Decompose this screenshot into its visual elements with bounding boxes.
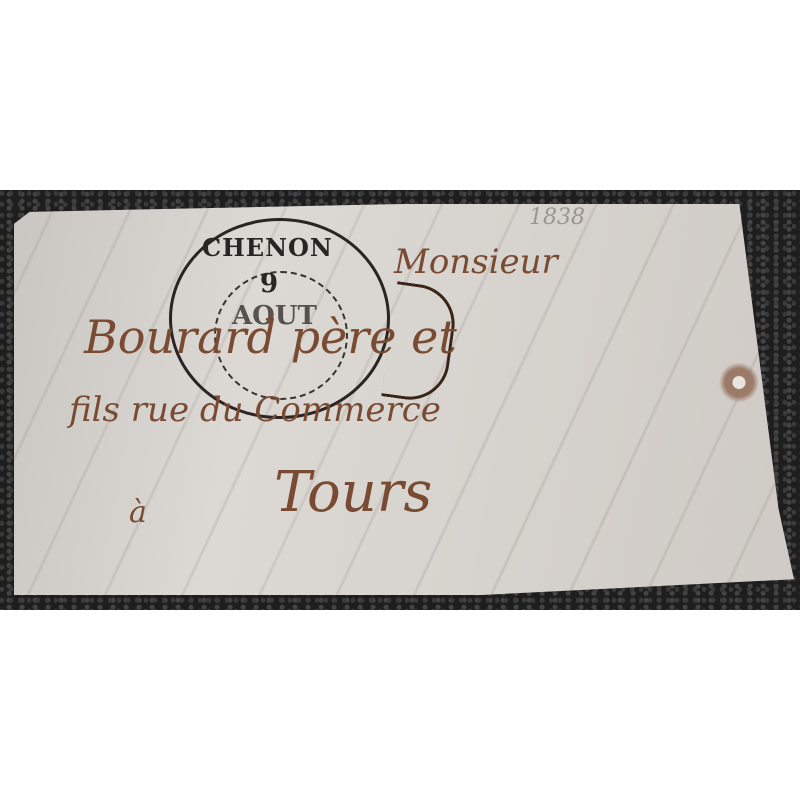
- letter-photo: 1838 CHENON 9 AOUT Monsieur Bourard père…: [0, 190, 800, 610]
- address-name: Bourard père et: [84, 310, 457, 364]
- letter-paper: 1838 CHENON 9 AOUT Monsieur Bourard père…: [14, 200, 794, 595]
- address-city: Tours: [274, 460, 432, 525]
- postmark-town: CHENON: [202, 233, 333, 262]
- pencil-year-note: 1838: [529, 205, 585, 230]
- wax-seal-remnant: [719, 360, 759, 405]
- postmark-day: 9: [260, 269, 278, 299]
- address-salutation: Monsieur: [394, 242, 558, 282]
- address-prefix: à: [129, 495, 147, 530]
- address-street: fils rue du Commerce: [69, 390, 441, 430]
